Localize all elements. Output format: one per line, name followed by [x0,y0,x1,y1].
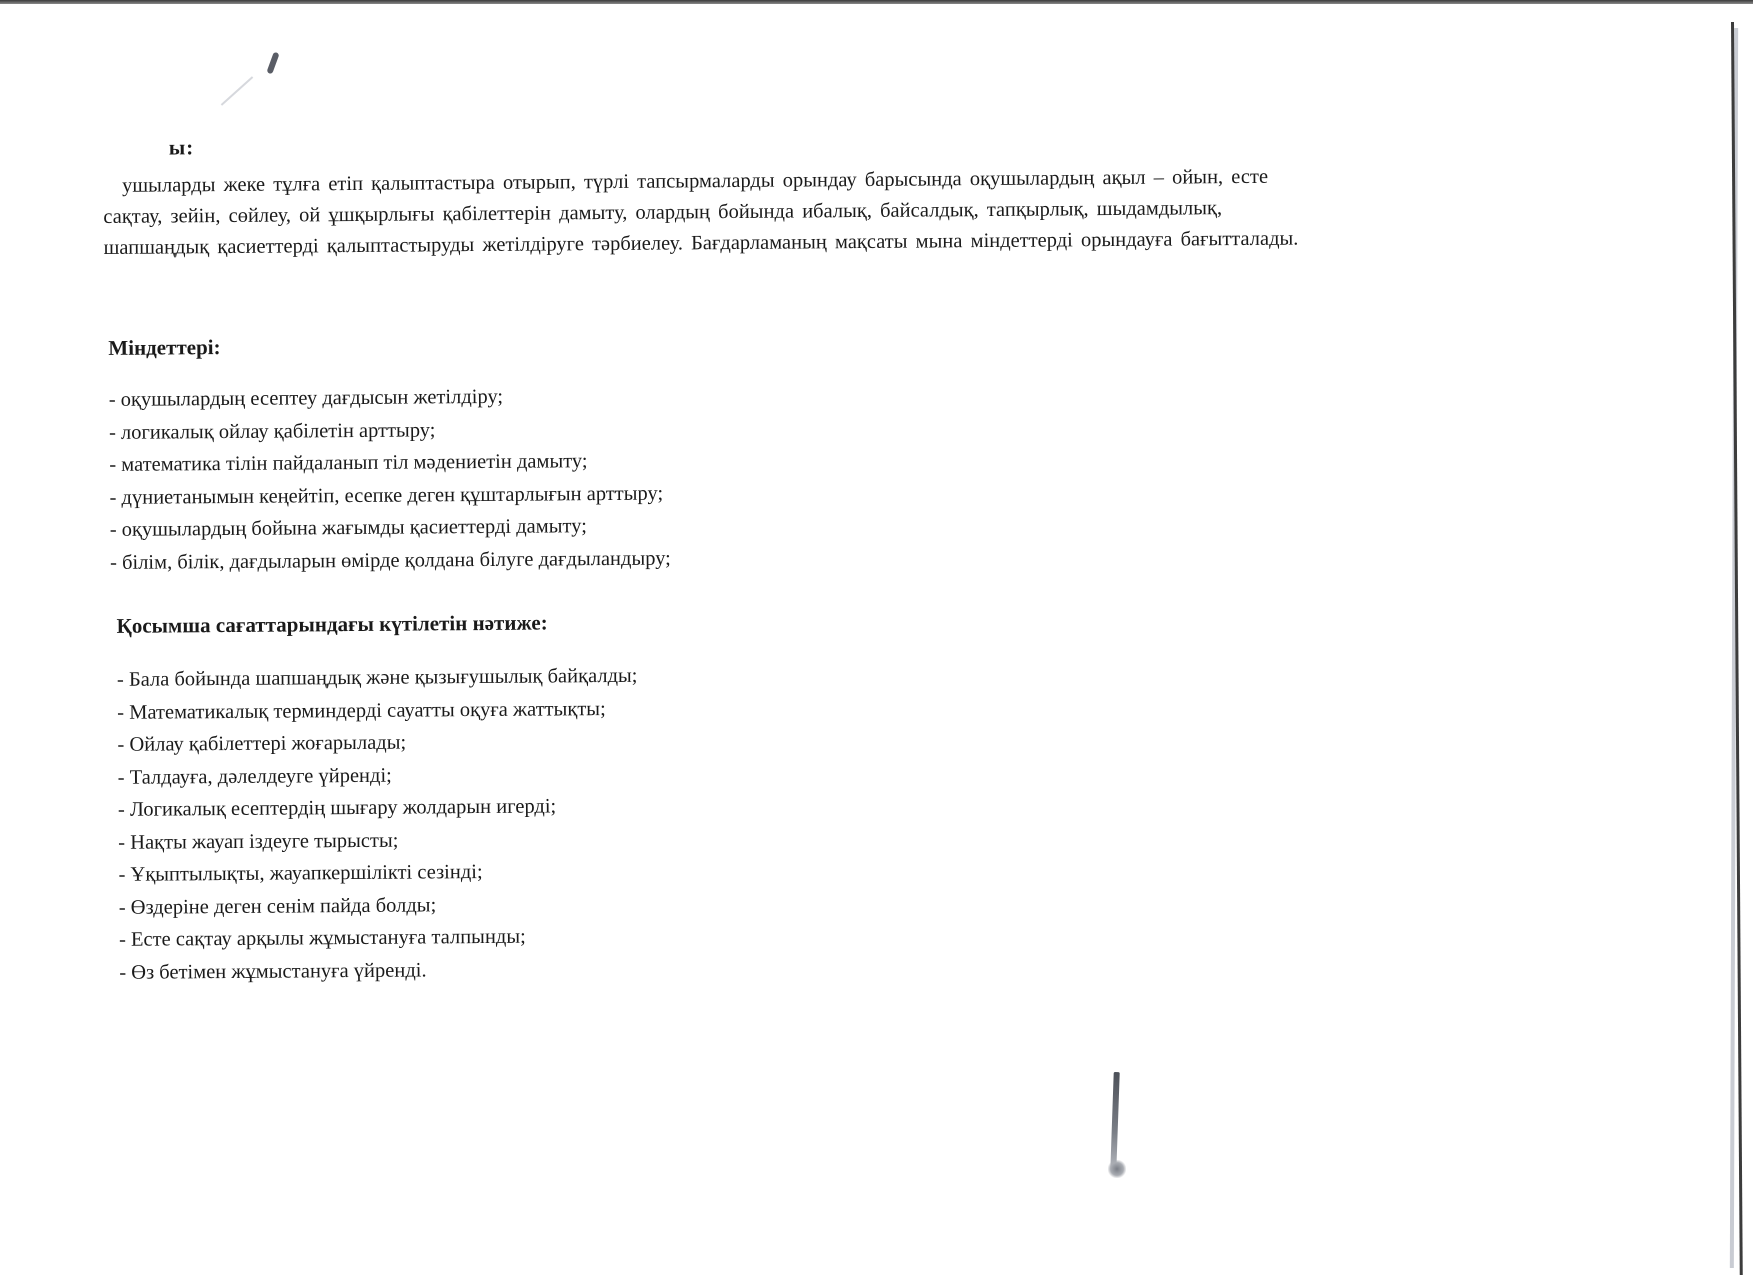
result-item: - Есте сақтау арқылы жұмыстануға талпынд… [119,920,640,957]
intro-paragraph: ушыларды жеке тұлға етіп қалыптастыра от… [103,159,1604,264]
result-item: - Логикалық есептердің шығару жолдарын и… [118,790,639,827]
task-item: - білім, білік, дағдыларын өмірде қолдан… [110,542,671,579]
task-item: - оқушылардың есептеу дағдысын жетілдіру… [109,380,670,417]
task-item: - логикалық ойлау қабілетін арттыру; [109,412,670,449]
result-item: - Математикалық терминдерді сауатты оқуғ… [117,692,638,729]
result-item: - Ұқыптылықты, жауапкершілікті сезінді; [118,855,639,892]
tasks-heading: Міндеттері: [108,335,220,361]
result-item: - Нақты жауап іздеуге тырысты; [118,822,639,859]
heading-fragment: ы: [169,135,195,160]
task-item: - математика тілін пайдаланып тіл мәдени… [109,445,670,482]
result-item: - Талдауға, дәлелдеуге үйренді; [118,757,639,794]
task-item: - оқушылардың бойына жағымды қасиеттерді… [110,510,671,547]
result-item: - Өз бетімен жұмыстануға үйренді. [119,952,640,989]
expected-results-list: - Бала бойында шапшаңдық және қызығушылы… [117,660,640,989]
document-page: ы: ушыларды жеке тұлға етіп қалыптастыра… [0,0,1753,1275]
tasks-list: - оқушылардың есептеу дағдысын жетілдіру… [109,380,671,579]
result-item: - Бала бойында шапшаңдық және қызығушылы… [117,660,638,697]
expected-results-heading: Қосымша сағаттарындағы күтілетін нәтиже: [116,610,547,638]
task-item: - дүниетанымын кеңейтіп, есепке деген құ… [109,477,670,514]
result-item: - Өздеріне деген сенім пайда болды; [119,887,640,924]
result-item: - Ойлау қабілеттері жоғарылады; [117,725,638,762]
